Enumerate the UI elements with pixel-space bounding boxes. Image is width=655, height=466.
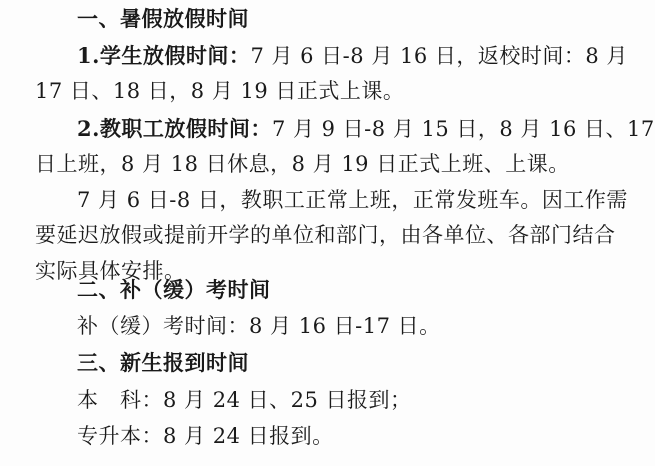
section-heading-freshman-registration: 三、新生报到时间 bbox=[77, 348, 647, 378]
document-page: 一、暑假放假时间 1.学生放假时间：7 月 6 日-8 月 16 日，返校时间：… bbox=[0, 0, 655, 466]
staff-vacation-label: 2.教职工放假时间： bbox=[77, 116, 272, 141]
staff-vacation-line-2: 日上班，8 月 18 日休息，8 月 19 日正式上班、上课。 bbox=[35, 149, 605, 179]
upgrade-registration: 专升本：8 月 24 日报到。 bbox=[77, 421, 647, 451]
student-vacation-label: 1.学生放假时间： bbox=[77, 43, 250, 68]
section-heading-summer-vacation: 一、暑假放假时间 bbox=[77, 4, 647, 34]
staff-vacation-line-1: 2.教职工放假时间：7 月 9 日-8 月 15 日，8 月 16 日、17 bbox=[77, 114, 605, 144]
note-line-2: 要延迟放假或提前开学的单位和部门，由各单位、各部门结合 bbox=[35, 220, 605, 250]
student-vacation-line-1: 1.学生放假时间：7 月 6 日-8 月 16 日，返校时间：8 月 bbox=[77, 41, 605, 71]
student-vacation-dates: 7 月 6 日-8 月 16 日，返校时间：8 月 bbox=[250, 44, 628, 68]
makeup-exam-dates: 补（缓）考时间：8 月 16 日-17 日。 bbox=[77, 311, 647, 341]
undergrad-registration: 本 科：8 月 24 日、25 日报到； bbox=[77, 385, 647, 415]
student-vacation-line-2: 17 日、18 日，8 月 19 日正式上课。 bbox=[35, 76, 605, 106]
note-line-1: 7 月 6 日-8 日，教职工正常上班，正常发班车。因工作需 bbox=[77, 185, 605, 215]
section-heading-makeup-exam: 二、补（缓）考时间 bbox=[77, 275, 647, 305]
staff-vacation-dates: 7 月 9 日-8 月 15 日，8 月 16 日、17 bbox=[272, 117, 655, 141]
